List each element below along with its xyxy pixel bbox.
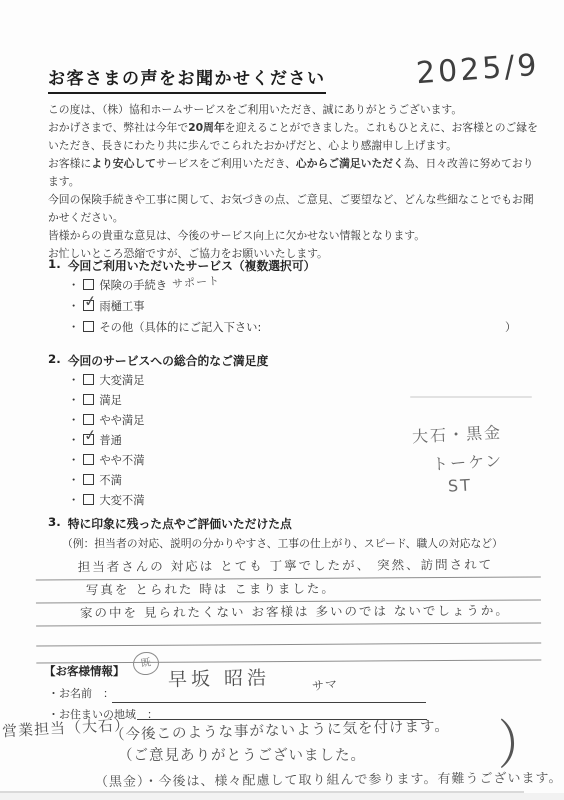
check-mark-icon: ✓	[83, 293, 100, 310]
question-1-title: 今回ご利用いただいたサービス（複数選択可）	[68, 257, 316, 274]
checkbox-unchecked	[83, 321, 94, 332]
question-1-heading: 1. 今回ご利用いただいたサービス（複数選択可）	[48, 257, 315, 274]
handwritten-answer-line-3: 家の中を 見られたくない お客様は 多いのでは ないでしょうか。	[80, 603, 510, 621]
intro-paragraph-2: おかげさまで、弊社は今年で20周年を迎えることができました。これもひとえに、お客…	[48, 119, 540, 155]
question-2-title: 今回のサービスへの総合的なご満足度	[68, 352, 269, 369]
staff-note-line-2: （ご意見ありがとうございました。	[118, 744, 366, 765]
ruled-line: 担当者さんの 対応は とても 丁寧でしたが、 突然、訪問されて	[36, 554, 541, 580]
option-neutral: ・✓普通	[68, 432, 145, 452]
option-label: 雨樋工事	[99, 300, 144, 313]
closing-paren: ）	[505, 319, 516, 335]
option-label: 大変不満	[99, 494, 144, 507]
scan-bottom-shadow	[0, 793, 564, 800]
customer-info-section-title: 【お客様情報】	[44, 663, 125, 679]
option-very-dissatisfied: ・大変不満	[68, 492, 145, 512]
checkbox-checked: ✓	[83, 434, 94, 445]
option-other: ・その他（具体的にご記入下さい:）	[68, 319, 518, 340]
bold-satisfaction: 心からご満足いただく	[296, 157, 404, 170]
side-note-names: 大石・黒金	[411, 420, 502, 448]
scanned-survey-form: お客さまの声をお聞かせください 2025/9 この度は、（株）協和ホームサービス…	[0, 0, 564, 800]
checkbox-unchecked	[83, 474, 94, 485]
intro-paragraph-3: お客様により安心してサービスをご利用いただき、心からご満足いただく為、日々改善に…	[48, 155, 540, 191]
answer-area: 担当者さんの 対応は とても 丁寧でしたが、 突然、訪問されて 写真を とられた…	[36, 554, 542, 663]
question-3-number: 3.	[48, 515, 61, 532]
question-1-options: ・保険の手続きサポート ・✓雨樋工事 ・その他（具体的にご記入下さい:）	[68, 277, 518, 340]
checkbox-unchecked	[83, 494, 94, 505]
ruled-line: 写真を とられた 時は こまりました。	[36, 577, 541, 603]
question-3-title: 特に印象に残った点やご評価いただけた点	[68, 515, 292, 532]
question-2-number: 2.	[48, 352, 61, 369]
checkbox-unchecked	[83, 394, 94, 405]
option-label: 不満	[99, 474, 122, 487]
question-3-hint: （例：担当者の対応、説明の分かりやすさ、工事の仕上がり、スピード、職人の対応など…	[62, 536, 503, 551]
option-label: その他（具体的にご記入下さい:	[99, 321, 261, 334]
option-somewhat-dissatisfied: ・やや不満	[68, 452, 145, 472]
scan-artifact-line	[410, 396, 532, 398]
option-label: 大変満足	[99, 374, 144, 387]
option-gutter-work: ・✓雨樋工事	[68, 298, 518, 319]
handwritten-date: 2025/9	[415, 48, 541, 92]
option-label: やや満足	[99, 414, 144, 427]
option-satisfied: ・満足	[68, 392, 145, 412]
option-dissatisfied: ・不満	[68, 472, 145, 492]
handwritten-answer-line-2: 写真を とられた 時は こまりました。	[86, 581, 336, 598]
name-field-label: ・お名前 ：	[48, 685, 114, 701]
intro-paragraph-1: この度は、（株）協和ホームサービスをご利用いただき、誠にありがとうございます。	[48, 101, 540, 119]
bold-reassurance: より安心して	[91, 157, 156, 170]
option-somewhat-satisfied: ・やや満足	[68, 412, 145, 432]
option-label: 満足	[99, 394, 122, 407]
intro-paragraph-4: 今回の保険手続きや工事に関して、お気づきの点、ご意見、ご要望など、どんな些細なこ…	[48, 191, 540, 227]
ruled-line: 家の中を 見られたくない お客様は 多いのでは ないでしょうか。	[36, 600, 541, 626]
question-2-options: ・大変満足 ・満足 ・やや満足 ・✓普通 ・やや不満 ・不満 ・大変不満	[68, 372, 145, 512]
bold-anniversary: 20周年	[188, 121, 225, 134]
ruled-line	[36, 643, 541, 663]
checkbox-unchecked	[83, 374, 94, 385]
intro-text: この度は、（株）協和ホームサービスをご利用いただき、誠にありがとうございます。 …	[48, 101, 540, 263]
option-insurance-support: ・保険の手続きサポート	[68, 277, 518, 298]
staff-note-line-3: （黒金）・今後は、様々配慮して取り組んで参ります。有難うございます。	[95, 767, 563, 790]
checkbox-unchecked	[83, 454, 94, 465]
side-note-st: ST	[448, 475, 473, 495]
option-label: 保険の手続き	[99, 279, 167, 292]
handwritten-honorific: サマ	[311, 675, 339, 695]
side-note-token: トーケン	[431, 448, 503, 475]
option-very-satisfied: ・大変満足	[68, 372, 145, 392]
question-3-heading: 3. 特に印象に残った点やご評価いただけた点	[48, 515, 292, 532]
form-title: お客さまの声をお聞かせください	[48, 64, 326, 94]
handwritten-annotation: サポート	[172, 272, 221, 291]
handwritten-customer-name: 早坂 昭浩	[168, 663, 271, 692]
intro-paragraph-5: 皆様からの貴重な意見は、今後のサービス向上に欠かせない情報となります。	[48, 227, 540, 245]
checkbox-unchecked	[83, 414, 94, 425]
question-1-number: 1.	[48, 257, 61, 274]
question-2-heading: 2. 今回のサービスへの総合的なご満足度	[48, 352, 268, 369]
option-label: やや不満	[99, 454, 144, 467]
checkbox-checked: ✓	[83, 300, 94, 311]
option-label: 普通	[99, 434, 122, 447]
check-mark-icon: ✓	[83, 427, 100, 444]
checkbox-unchecked	[83, 279, 94, 290]
handwritten-answer-line-1: 担当者さんの 対応は とても 丁寧でしたが、 突然、訪問されて	[78, 557, 493, 575]
